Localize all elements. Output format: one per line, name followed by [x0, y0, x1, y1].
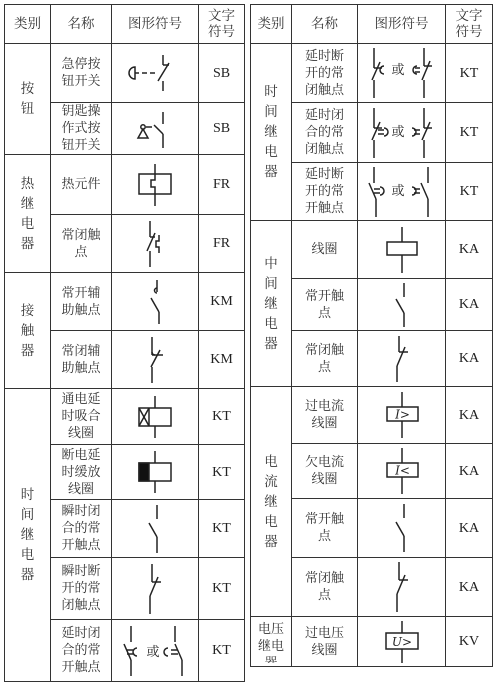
- header-code: 文字符号: [446, 5, 493, 44]
- item-name: 热元件: [51, 155, 112, 215]
- category-voltage-relay: 电压 继电 器: [251, 617, 292, 667]
- contactor-nc-aux-contact-icon: [112, 331, 199, 389]
- on-delay-coil-icon: [112, 389, 199, 445]
- item-name: 钥匙操 作式按 钮开关: [51, 103, 112, 155]
- item-code: KM: [199, 331, 245, 389]
- delayed-close-nc-contact-icon: 或: [358, 103, 446, 163]
- contactor-no-aux-contact-icon: [112, 273, 199, 331]
- item-code: KV: [446, 617, 493, 667]
- item-code: KA: [446, 558, 493, 617]
- item-name: 断电延 时缓放 线圈: [51, 445, 112, 500]
- header-name: 名称: [292, 5, 358, 44]
- table-row: 接 触 器 常开辅 助触点 KM: [5, 273, 245, 331]
- item-name: 急停按 钮开关: [51, 44, 112, 103]
- header-category: 类别: [251, 5, 292, 44]
- symbol-table-right: 类别 名称 图形符号 文字符号 时 间 继 电 器 延时断 开的常 闭触点 或: [250, 4, 493, 667]
- header-code: 文字符号: [199, 5, 245, 44]
- overvoltage-coil-icon: U>: [358, 617, 446, 667]
- item-code: SB: [199, 44, 245, 103]
- svg-text:I<: I<: [394, 464, 410, 478]
- thermal-nc-contact-icon: [112, 215, 199, 273]
- undercurrent-coil-icon: I<: [358, 444, 446, 499]
- key-operated-button-icon: [112, 103, 199, 155]
- nc-contact-icon: [358, 331, 446, 387]
- header-row: 类别 名称 图形符号 文字符号: [5, 5, 245, 44]
- category-current-relay: 电 流 继 电 器: [251, 387, 292, 617]
- category-intermediate-relay: 中 间 继 电 器: [251, 221, 292, 387]
- delayed-close-no-contact-icon: 或: [112, 620, 199, 682]
- delayed-open-nc-contact-icon: 或: [358, 44, 446, 103]
- item-code: KT: [446, 163, 493, 221]
- item-code: KT: [199, 620, 245, 682]
- header-symbol: 图形符号: [112, 5, 199, 44]
- category-time-relay: 时 间 继 电 器: [5, 389, 51, 682]
- item-code: KT: [446, 44, 493, 103]
- item-name: 常开辅 助触点: [51, 273, 112, 331]
- item-name: 常开触 点: [292, 499, 358, 558]
- item-code: KT: [199, 389, 245, 445]
- item-code: KT: [446, 103, 493, 163]
- svg-text:或: 或: [391, 63, 404, 78]
- item-name: 瞬时闭 合的常 开触点: [51, 500, 112, 558]
- svg-text:或: 或: [146, 645, 159, 660]
- category-button: 按 钮: [5, 44, 51, 155]
- symbol-table-left: 类别 名称 图形符号 文字符号 按 钮 急停按 钮开关 SB 钥匙操 作式按 钮…: [4, 4, 245, 682]
- item-name: 常开触 点: [292, 279, 358, 331]
- item-code: KT: [199, 500, 245, 558]
- emergency-stop-button-icon: [112, 44, 199, 103]
- header-row: 类别 名称 图形符号 文字符号: [251, 5, 493, 44]
- category-time-relay: 时 间 继 电 器: [251, 44, 292, 221]
- current-relay-no-contact-icon: [358, 499, 446, 558]
- item-name: 过电压 线圈: [292, 617, 358, 667]
- table-row: 时 间 继 电 器 延时断 开的常 闭触点 或 KT: [251, 44, 493, 103]
- relay-coil-icon: [358, 221, 446, 279]
- table-row: 电压 继电 器 过电压 线圈 U> KV: [251, 617, 493, 667]
- instant-nc-contact-icon: [112, 558, 199, 620]
- item-name: 瞬时断 开的常 闭触点: [51, 558, 112, 620]
- delayed-open-no-contact-icon: 或: [358, 163, 446, 221]
- item-code: SB: [199, 103, 245, 155]
- svg-text:或: 或: [391, 125, 404, 140]
- item-code: KA: [446, 444, 493, 499]
- item-name: 欠电流 线圈: [292, 444, 358, 499]
- table-row: 按 钮 急停按 钮开关 SB: [5, 44, 245, 103]
- category-contactor: 接 触 器: [5, 273, 51, 389]
- off-delay-coil-icon: [112, 445, 199, 500]
- current-relay-nc-contact-icon: [358, 558, 446, 617]
- header-name: 名称: [51, 5, 112, 44]
- item-name: 通电延 时吸合 线圈: [51, 389, 112, 445]
- item-name: 过电流 线圈: [292, 387, 358, 444]
- item-code: KM: [199, 273, 245, 331]
- svg-text:U>: U>: [391, 635, 411, 649]
- header-category: 类别: [5, 5, 51, 44]
- item-code: FR: [199, 215, 245, 273]
- header-symbol: 图形符号: [358, 5, 446, 44]
- item-code: FR: [199, 155, 245, 215]
- item-code: KA: [446, 387, 493, 444]
- item-code: KA: [446, 331, 493, 387]
- table-row: 电 流 继 电 器 过电流 线圈 I> KA: [251, 387, 493, 444]
- table-row: 中 间 继 电 器 线圈 KA: [251, 221, 493, 279]
- thermal-element-icon: [112, 155, 199, 215]
- item-name: 常闭触 点: [51, 215, 112, 273]
- item-name: 线圈: [292, 221, 358, 279]
- category-thermal-relay: 热 继 电 器: [5, 155, 51, 273]
- no-contact-icon: [358, 279, 446, 331]
- overcurrent-coil-icon: I>: [358, 387, 446, 444]
- svg-text:或: 或: [391, 184, 404, 199]
- instant-no-contact-icon: [112, 500, 199, 558]
- item-code: KA: [446, 221, 493, 279]
- item-code: KA: [446, 499, 493, 558]
- item-name: 常闭触 点: [292, 331, 358, 387]
- item-name: 延时闭 合的常 开触点: [51, 620, 112, 682]
- item-code: KA: [446, 279, 493, 331]
- item-name: 常闭辅 助触点: [51, 331, 112, 389]
- table-row: 热 继 电 器 热元件 FR: [5, 155, 245, 215]
- item-name: 延时断 开的常 闭触点: [292, 44, 358, 103]
- item-name: 延时断 开的常 开触点: [292, 163, 358, 221]
- svg-text:I>: I>: [394, 408, 410, 422]
- table-row: 时 间 继 电 器 通电延 时吸合 线圈 KT: [5, 389, 245, 445]
- item-name: 常闭触 点: [292, 558, 358, 617]
- item-name: 延时闭 合的常 闭触点: [292, 103, 358, 163]
- item-code: KT: [199, 558, 245, 620]
- item-code: KT: [199, 445, 245, 500]
